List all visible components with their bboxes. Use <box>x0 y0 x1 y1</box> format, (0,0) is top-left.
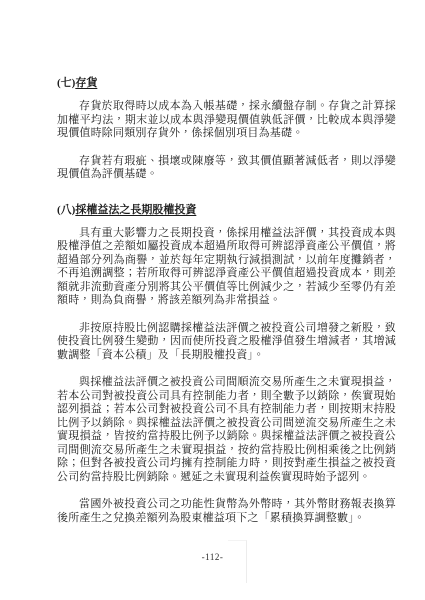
section-label: (七) <box>57 77 75 89</box>
paragraph: 與採權益法評價之被投資公司間順流交易所產生之未實現損益，若本公司對被投資公司具有… <box>57 376 396 484</box>
section-label: (八) <box>57 204 75 216</box>
paragraph: 存貨於取得時以成本為入帳基礎，採永續盤存制。存貨之計算採加權平均法，期末並以成本… <box>57 100 396 141</box>
section-title: 存貨 <box>75 77 97 89</box>
section-heading-inventory: (七)存貨 <box>57 76 396 90</box>
page-number: -112- <box>0 552 425 562</box>
section-heading-equity-method: (八)採權益法之長期股權投資 <box>57 203 396 217</box>
paragraph: 非按原持股比例認購採權益法評價之被投資公司增發之新股，致使投資比例發生變動，因而… <box>57 322 396 363</box>
document-page: (七)存貨 存貨於取得時以成本為入帳基礎，採永續盤存制。存貨之計算採加權平均法，… <box>0 0 425 600</box>
paragraph: 具有重大影響力之長期投資，係採用權益法評價，其投資成本與股權淨值之差額如屬投資成… <box>57 227 396 308</box>
document-content: (七)存貨 存貨於取得時以成本為入帳基礎，採永續盤存制。存貨之計算採加權平均法，… <box>57 76 396 525</box>
section-title: 採權益法之長期股權投資 <box>75 204 196 216</box>
paragraph: 存貨若有瑕疵、損壞或陳廢等，致其價值顯著減低者，則以淨變現價值為評價基礎。 <box>57 155 396 182</box>
paragraph: 當國外被投資公司之功能性貨幣為外幣時，其外幣財務報表換算後所產生之兌換差額列為股… <box>57 498 396 525</box>
